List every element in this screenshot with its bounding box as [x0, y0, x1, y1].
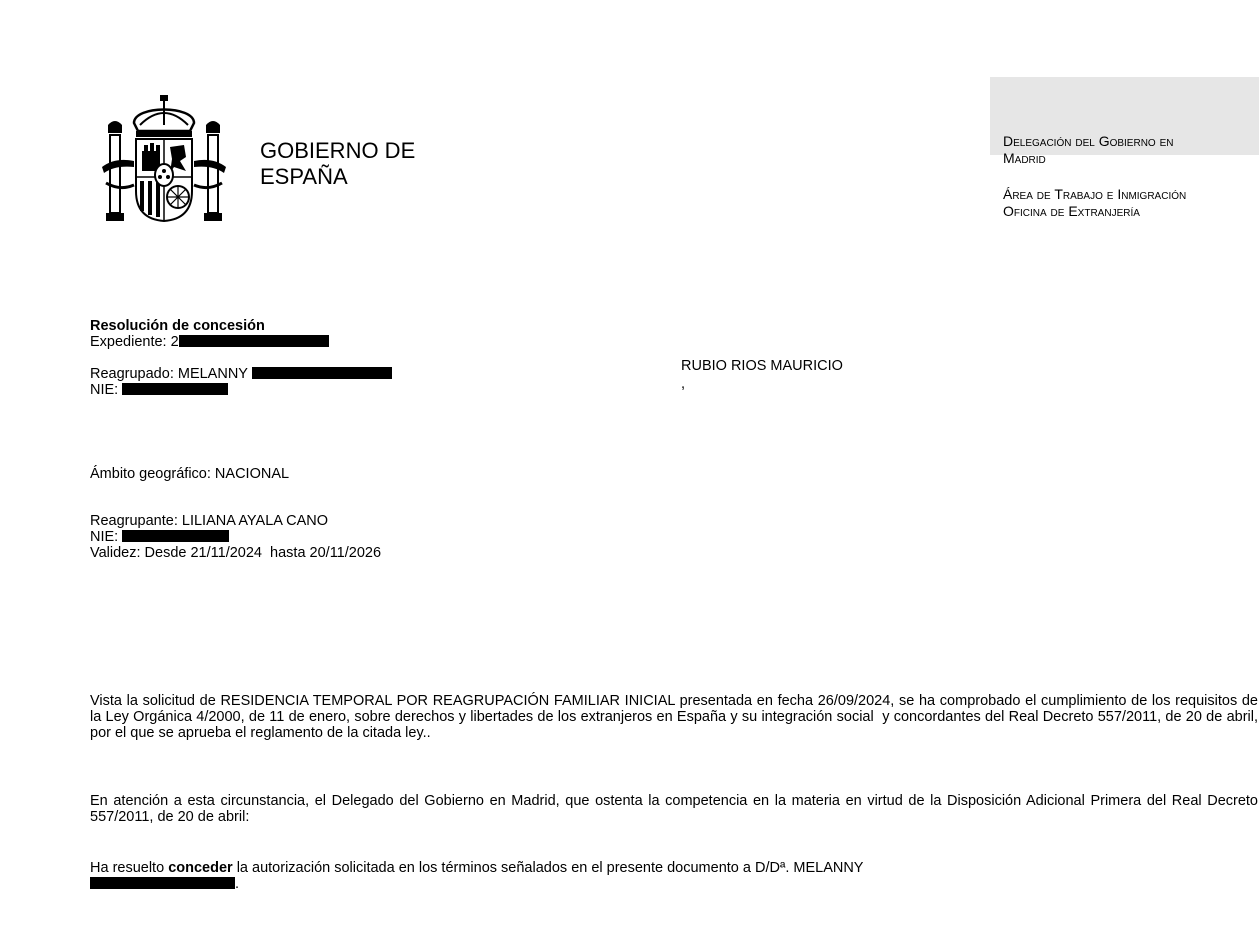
paragraph3-pre: Ha resuelto — [90, 860, 168, 876]
resolution-title: Resolución de concesión — [90, 318, 265, 334]
coat-of-arms-logo — [100, 95, 228, 223]
delegation-line2: Madrid — [1003, 150, 1173, 167]
recipient-name: RUBIO RIOS MAURICIO — [681, 358, 843, 374]
redaction-block — [90, 877, 235, 889]
area-line1: Área de Trabajo e Inmigración — [1003, 186, 1186, 203]
nie-label: NIE: — [90, 529, 118, 545]
redaction-block — [122, 530, 229, 542]
nie-label: NIE: — [90, 382, 118, 398]
validez-field: Validez: Desde 21/11/2024 hasta 20/11/20… — [90, 545, 381, 561]
reagrupado-label: Reagrupado: MELANNY — [90, 366, 248, 382]
area-office: Área de Trabajo e Inmigración Oficina de… — [1003, 186, 1186, 220]
reagrupado-field: Reagrupado: MELANNY — [90, 366, 392, 382]
redaction-block — [252, 367, 392, 379]
reagrupante-nie-field: NIE: — [90, 529, 229, 545]
expediente-field: Expediente: 2 — [90, 334, 329, 350]
body-paragraph-3: Ha resuelto conceder la autorización sol… — [90, 860, 1258, 892]
reagrupado-nie-field: NIE: — [90, 382, 228, 398]
paragraph3-end: . — [235, 876, 239, 892]
expediente-label: Expediente: 2 — [90, 334, 179, 350]
paragraph3-post: la autorización solicitada en los términ… — [233, 860, 864, 876]
redaction-block — [179, 335, 329, 347]
body-paragraph-1: Vista la solicitud de RESIDENCIA TEMPORA… — [90, 693, 1258, 741]
gov-title-line1: GOBIERNO DE — [260, 138, 415, 164]
concede-emphasis: conceder — [168, 860, 232, 876]
coat-of-arms-of-spain-icon — [100, 95, 228, 223]
delegation-name: Delegación del Gobierno en Madrid — [1003, 133, 1173, 167]
delegation-line1: Delegación del Gobierno en — [1003, 133, 1173, 150]
government-title: GOBIERNO DE ESPAÑA — [260, 138, 415, 190]
ambito-field: Ámbito geográfico: NACIONAL — [90, 466, 289, 482]
redaction-block — [122, 383, 228, 395]
area-line2: Oficina de Extranjería — [1003, 203, 1186, 220]
body-paragraph-2: En atención a esta circunstancia, el Del… — [90, 793, 1258, 825]
gov-title-line2: ESPAÑA — [260, 164, 415, 190]
recipient-address: , — [681, 376, 685, 392]
reagrupante-field: Reagrupante: LILIANA AYALA CANO — [90, 513, 328, 529]
